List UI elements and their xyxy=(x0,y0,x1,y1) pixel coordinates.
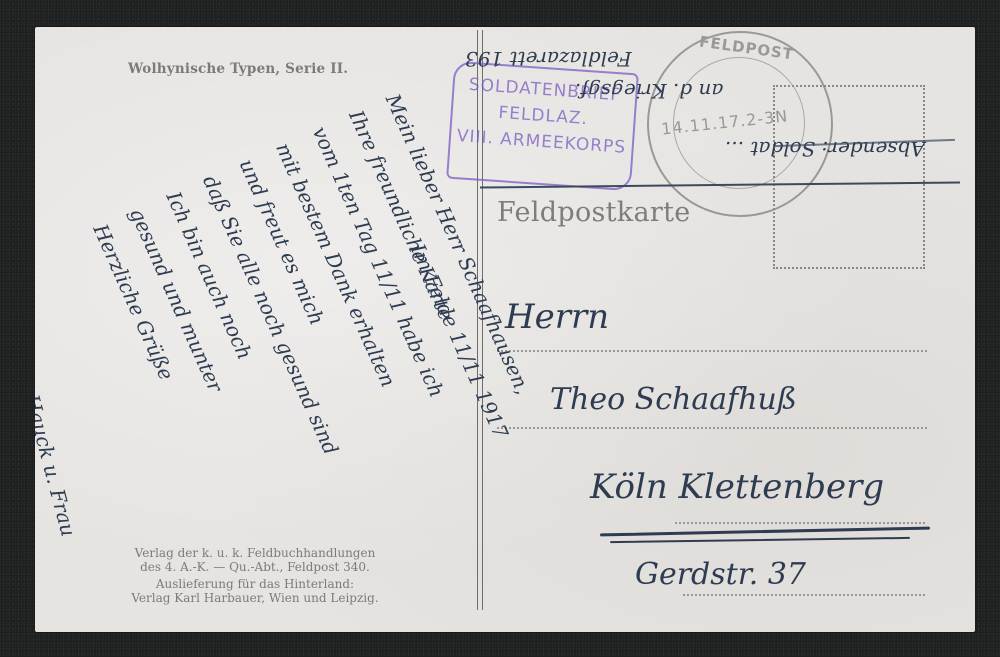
city-underline-2 xyxy=(610,537,910,543)
card-type-heading: Feldpostkarte xyxy=(497,197,691,228)
address-street: Gerdstr. 37 xyxy=(635,557,806,592)
city-underline xyxy=(600,527,930,537)
publisher-imprint: Verlag der k. u. k. Feldbuchhandlungen d… xyxy=(85,546,425,605)
publisher-line: Auslieferung für das Hinterland: xyxy=(85,577,425,591)
signature: Hauck u. Frau xyxy=(35,392,81,539)
address-line-1 xyxy=(497,350,927,352)
series-title: Wolhynische Typen, Serie II. xyxy=(128,61,348,77)
address-name: Theo Schaafhuß xyxy=(550,382,797,417)
address-salutation: Herrn xyxy=(505,297,609,337)
publisher-line: Verlag der k. u. k. Feldbuchhandlungen xyxy=(85,546,425,560)
address-line-4 xyxy=(683,594,925,596)
address-line-3 xyxy=(675,522,925,524)
sender-line-upside: Feldlazarett 193 xyxy=(465,47,632,71)
publisher-line: Verlag Karl Harbauer, Wien und Leipzig. xyxy=(85,591,425,605)
feldpost-postmark: FELDPOST 14.11.17.2-3N xyxy=(647,31,833,217)
feldpost-postcard: Wolhynische Typen, Serie II. Verlag der … xyxy=(35,27,975,632)
sender-line-upside: an d. Kriegsgf. xyxy=(575,79,723,103)
publisher-line: des 4. A.-K. — Qu.-Abt., Feldpost 340. xyxy=(85,560,425,574)
address-line-2 xyxy=(497,427,927,429)
address-city: Köln Klettenberg xyxy=(590,467,884,507)
